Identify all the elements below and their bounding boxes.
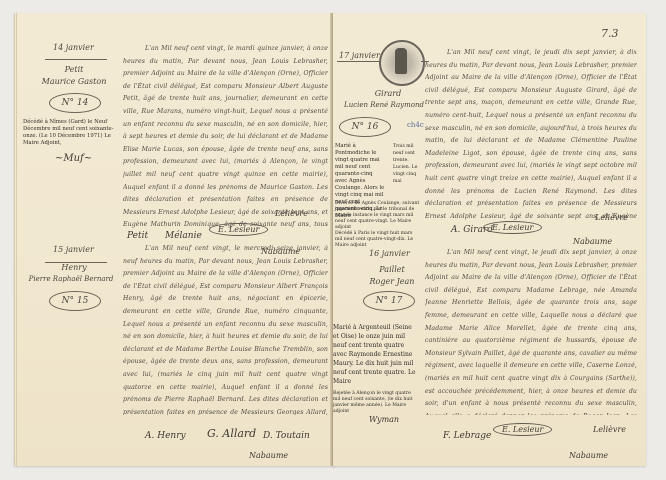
blue-pencil-note: ch4c [407, 121, 424, 129]
margin-signature: Wyman [369, 415, 399, 424]
side-note: Trois mil neuf cent trente. Lucien. Le v… [393, 143, 421, 185]
entry-given-names: Pierre Raphaël Bernard [19, 275, 123, 283]
entry-number: N° 14 [49, 93, 101, 113]
margin-signature: ~Muf~ [55, 153, 92, 164]
signature: D. Toutain [263, 431, 310, 441]
signature: Lelièvre [275, 209, 308, 218]
signature: Nabaume [569, 451, 608, 460]
signature: Lelièvre [595, 213, 628, 222]
entry-surname: Petit [29, 65, 119, 74]
entry-surname: Henry [29, 263, 119, 272]
entry-body: L'an Mil neuf cent vingt, le mercredi se… [123, 243, 328, 415]
entry-surname: Girard [343, 89, 433, 98]
margin-note: Décédé à Paris le vingt huit mars mil ne… [335, 231, 421, 249]
signature: Nabaume [573, 237, 612, 246]
official-seal-icon [379, 40, 425, 86]
signature: F. Lebrage [443, 431, 491, 441]
entry-body: L'an Mil neuf cent vingt, le jeudi dix s… [425, 247, 637, 415]
entry-body: L'an Mil neuf cent vingt, le jeudi dix s… [425, 47, 637, 223]
entry-date: 14 janvier [53, 43, 94, 52]
entry-surname: Paillet [347, 265, 437, 274]
signature: Lelièvre [593, 425, 626, 434]
signature: E. Lesieur [209, 223, 268, 236]
entry-date: 17 janvier [339, 51, 380, 60]
right-page: 7.3 17 janvier Girard Lucien René Raymon… [333, 13, 646, 466]
entry-body: L'an Mil neuf cent vingt, le mardi quinz… [123, 43, 328, 229]
signature: Petit [127, 231, 148, 241]
signature: Mélanie [165, 231, 202, 241]
entry-date: 15 janvier [53, 245, 94, 254]
left-page: 14 janvier Petit Maurice Gaston N° 14 Dé… [14, 13, 335, 466]
entry-date: 16 janvier [369, 249, 410, 258]
signature: Nabaume [249, 451, 288, 460]
register-book: 14 janvier Petit Maurice Gaston N° 14 Dé… [14, 13, 646, 466]
divider [45, 59, 107, 60]
margin-note: Marié à Argenteuil (Seine et Oise) le on… [333, 323, 419, 386]
margin-note: Divorcé de Agnès Coulange, suivant jugem… [335, 201, 421, 231]
entry-given-names: Roger Jean [347, 277, 437, 286]
divider [337, 61, 379, 62]
entry-number: N° 15 [49, 291, 101, 311]
folio-number: 7.3 [601, 27, 619, 40]
margin-note: Décédé à Nîmes (Gard) le Neuf Décembre m… [23, 119, 121, 147]
entry-number: N° 17 [363, 291, 415, 311]
margin-note: Rejetée à Alençon le vingt quatre mil ne… [333, 391, 417, 415]
signature: G. Allard [207, 427, 256, 440]
entry-given-names: Maurice Gaston [29, 77, 119, 86]
signature: E. Lesieur [483, 221, 542, 234]
signature: A. Henry [145, 431, 186, 441]
entry-number: N° 16 [339, 117, 391, 137]
entry-given-names: Lucien René Raymond [333, 101, 435, 109]
signature: E. Lesieur [493, 423, 552, 436]
